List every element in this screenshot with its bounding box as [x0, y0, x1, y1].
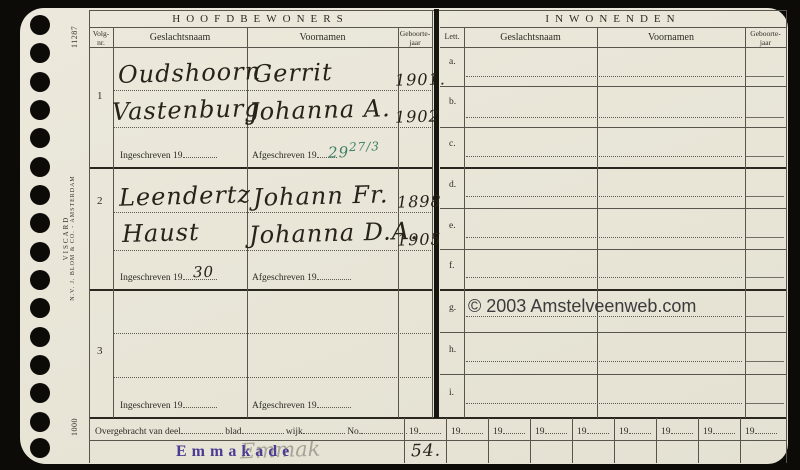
grid-line — [464, 27, 465, 418]
card-serial-number: 11287 — [70, 26, 79, 48]
binder-hole — [30, 100, 50, 120]
binder-hole — [30, 438, 50, 458]
writing-line — [746, 403, 784, 404]
binder-hole — [30, 383, 50, 403]
dotted-blank — [461, 424, 483, 434]
grid-line — [113, 27, 114, 418]
dotted-blank — [242, 424, 284, 434]
writing-line — [746, 76, 784, 77]
ingeschreven-text: Ingeschreven 19 — [120, 273, 183, 283]
block-divider-line — [440, 289, 786, 291]
writing-line — [746, 156, 784, 157]
year-cell: 19 — [493, 424, 525, 437]
grid-line — [597, 27, 598, 418]
row-letter-e: e. — [449, 221, 456, 231]
manufacturer-brand: VISCARD — [62, 158, 70, 318]
writing-line — [466, 196, 742, 197]
house-number: 54. — [411, 441, 442, 462]
copyright-watermark: © 2003 Amstelveenweb.com — [468, 296, 696, 317]
block2-volgnr: 2 — [97, 195, 103, 207]
grid-line — [530, 418, 531, 463]
writing-line — [466, 237, 742, 238]
block1-row2-birthyear: 1902 — [395, 106, 440, 126]
writing-line — [746, 117, 784, 118]
ingeschreven-text: Ingeschreven 19 — [120, 401, 183, 411]
year-cell: 19 — [661, 424, 693, 437]
column-header-surname-right: Geslachtsnaam — [464, 32, 597, 43]
no-label: No. — [347, 427, 361, 437]
block1-row1-birthyear: 1901. — [395, 69, 446, 89]
block1-volgnr: 1 — [97, 90, 103, 102]
dotted-blank — [303, 424, 345, 434]
ingeschreven-text: Ingeschreven 19 — [120, 151, 183, 161]
binder-hole — [30, 15, 50, 35]
writing-line — [746, 196, 784, 197]
grid-line — [614, 418, 615, 463]
binder-hole — [30, 298, 50, 318]
row-letter-b: b. — [449, 97, 456, 107]
grid-line — [786, 10, 787, 463]
dotted-blank — [317, 270, 351, 280]
year-cell: 19 — [409, 424, 441, 437]
afgeschreven-year: 29 — [328, 143, 350, 162]
grid-line — [440, 27, 786, 28]
binder-hole — [30, 43, 50, 63]
block1-row2-surname: Vastenburg — [112, 94, 261, 126]
writing-line — [114, 212, 431, 213]
dotted-blank — [755, 424, 777, 434]
year-cell-label: 19 — [619, 427, 629, 437]
writing-line — [466, 361, 742, 362]
writing-line — [746, 237, 784, 238]
dotted-blank — [629, 424, 651, 434]
column-header-surname: Geslachtsnaam — [113, 32, 247, 43]
binder-hole — [30, 327, 50, 347]
column-header-givennames: Voornamen — [247, 32, 398, 43]
block3-volgnr: 3 — [97, 345, 103, 357]
block1-ingeschreven-label: Ingeschreven 19 — [120, 148, 217, 161]
grid-line — [440, 332, 786, 333]
grid-line — [698, 418, 699, 463]
overgebracht-row: Overgebracht van deel blad wijk No. — [95, 424, 407, 437]
column-header-birthyear-line2: jaar — [745, 39, 786, 48]
row-letter-f: f. — [449, 261, 455, 271]
block-divider-line — [89, 289, 432, 291]
writing-line — [466, 117, 742, 118]
block2-afgeschreven-label: Afgeschreven 19 — [252, 270, 351, 283]
column-header-lett: Lett. — [440, 32, 464, 41]
inwonenden-title: INWONENDEN — [440, 13, 786, 25]
dotted-blank — [587, 424, 609, 434]
street-name-stamp: Emmakade — [176, 443, 294, 461]
grid-line — [89, 27, 432, 28]
year-cell-label: 19 — [745, 427, 755, 437]
dotted-blank — [503, 424, 525, 434]
block3-afgeschreven-label: Afgeschreven 19 — [252, 398, 351, 411]
year-cell-label: 19 — [535, 427, 545, 437]
grid-line — [446, 418, 447, 463]
writing-line — [466, 156, 742, 157]
year-cell-label: 19 — [451, 427, 461, 437]
afgeschreven-text: Afgeschreven 19 — [252, 401, 317, 411]
block3-ingeschreven-label: Ingeschreven 19 — [120, 398, 217, 411]
binder-hole — [30, 128, 50, 148]
grid-line — [440, 47, 786, 48]
year-cell: 19 — [577, 424, 609, 437]
dotted-blank — [183, 148, 217, 158]
year-cell: 19 — [535, 424, 567, 437]
block2-ingeschreven-value: 30 — [193, 263, 215, 282]
scanned-register-card-page: 11287 VISCARD N.V. J. BLOM & CO. - AMSTE… — [0, 0, 800, 470]
binder-hole — [30, 185, 50, 205]
column-header-birthyear-line2: jaar — [398, 39, 432, 48]
block2-row2-birthyear: 1905 — [397, 229, 442, 249]
block1-row2-givennames: Johanna A. — [249, 94, 391, 126]
writing-line — [746, 277, 784, 278]
overgebracht-label: Overgebracht van deel — [95, 427, 181, 437]
year-cell-label: 19 — [703, 427, 713, 437]
writing-line — [114, 127, 431, 128]
grid-line — [440, 249, 786, 250]
binder-hole — [30, 72, 50, 92]
year-cell: 19 — [451, 424, 483, 437]
year-cell: 19 — [703, 424, 735, 437]
afgeschreven-date: 27/3 — [349, 139, 380, 154]
writing-line — [466, 403, 742, 404]
year-cell: 19 — [745, 424, 777, 437]
grid-line — [440, 86, 786, 87]
grid-line — [488, 418, 489, 463]
block-divider-line — [440, 167, 786, 169]
grid-line — [745, 27, 746, 418]
grid-line — [440, 127, 786, 128]
year-cell-label: 19 — [577, 427, 587, 437]
row-letter-c: c. — [449, 139, 456, 149]
column-header-givennames-right: Voornamen — [597, 32, 745, 43]
binder-hole — [30, 157, 50, 177]
afgeschreven-text: Afgeschreven 19 — [252, 151, 317, 161]
row-letter-h: h. — [449, 345, 456, 355]
year-cell-label: 19 — [409, 427, 419, 437]
writing-line — [746, 361, 784, 362]
dotted-blank — [181, 424, 223, 434]
year-cell-label: 19 — [493, 427, 503, 437]
year-cell: 19 — [619, 424, 651, 437]
dotted-blank — [419, 424, 441, 434]
dotted-blank — [713, 424, 735, 434]
grid-line — [656, 418, 657, 463]
blad-label: blad — [225, 427, 241, 437]
grid-line — [89, 47, 432, 48]
grid-line — [740, 418, 741, 463]
dotted-blank — [183, 398, 217, 408]
dotted-blank — [361, 424, 407, 434]
row-letter-g: g. — [449, 303, 456, 313]
writing-line — [466, 277, 742, 278]
block-divider-line — [89, 167, 432, 169]
column-header-volgnr-line2: nr. — [89, 39, 113, 48]
column-header-birthyear-right: Geboorte- jaar — [745, 30, 786, 47]
block1-afgeschreven-label: Afgeschreven 19 — [252, 148, 337, 161]
binder-hole — [30, 355, 50, 375]
writing-line — [746, 316, 784, 317]
block1-afgeschreven-value: 2927/3 — [328, 139, 381, 161]
grid-line — [440, 374, 786, 375]
block2-row2-surname: Haust — [122, 218, 200, 248]
afgeschreven-text: Afgeschreven 19 — [252, 273, 317, 283]
row-letter-d: d. — [449, 180, 456, 190]
grid-line — [572, 418, 573, 463]
grid-line — [440, 208, 786, 209]
grid-line — [89, 10, 90, 463]
row-letter-a: a. — [449, 57, 456, 67]
year-cell-label: 19 — [661, 427, 671, 437]
column-header-volgnr: Volg- nr. — [89, 30, 113, 47]
writing-line — [114, 90, 431, 91]
binder-hole — [30, 213, 50, 233]
binder-hole — [30, 412, 50, 432]
block2-row1-birthyear: 1898 — [397, 191, 442, 211]
column-header-birthyear: Geboorte- jaar — [398, 30, 432, 47]
hoofdbewoners-title: HOOFDBEWONERS — [89, 13, 432, 25]
card-manufacturer: VISCARD N.V. J. BLOM & CO. - AMSTERDAM — [62, 158, 76, 318]
binder-hole — [30, 270, 50, 290]
dotted-blank — [317, 398, 351, 408]
block2-row1-surname: Leendertz — [119, 180, 252, 211]
manufacturer-address: N.V. J. BLOM & CO. - AMSTERDAM — [70, 158, 76, 318]
wijk-label: wijk — [286, 427, 303, 437]
dotted-blank — [545, 424, 567, 434]
card-print-run-number: 1000 — [70, 418, 79, 436]
writing-line — [114, 250, 431, 251]
writing-line — [114, 333, 431, 334]
writing-line — [466, 76, 742, 77]
block2-row2-givennames: Johanna D.A. — [249, 217, 419, 249]
block1-row1-givennames: Gerrit — [253, 58, 333, 88]
writing-line — [114, 377, 431, 378]
row-letter-i: i. — [449, 388, 454, 398]
dotted-blank — [671, 424, 693, 434]
binder-hole — [30, 242, 50, 262]
block1-row1-surname: Oudshoorn — [118, 57, 262, 89]
block2-row1-givennames: Johann Fr. — [253, 180, 389, 212]
